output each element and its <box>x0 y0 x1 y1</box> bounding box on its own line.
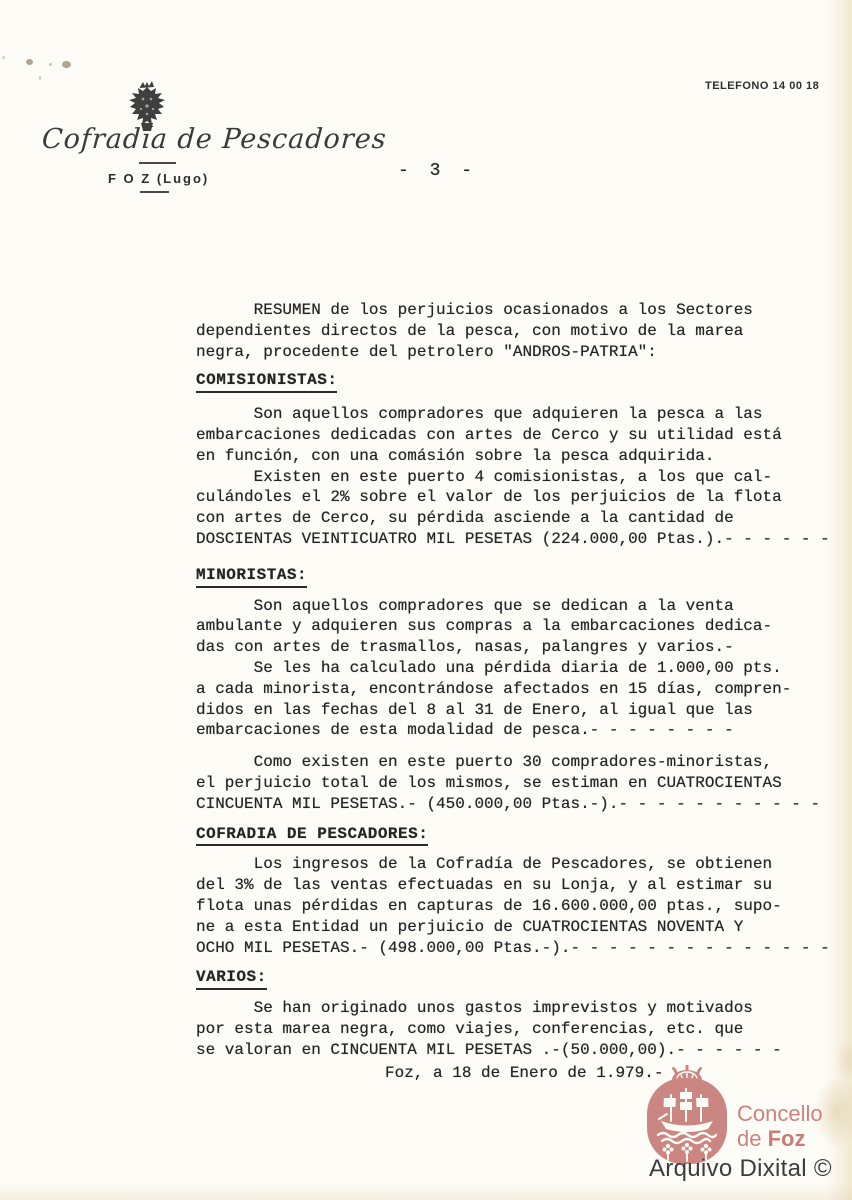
stamp-org-name: Concello de Foz <box>737 1101 823 1151</box>
letterhead-org-name: Cofradía de Pescadores <box>41 124 303 156</box>
typed-body: RESUMEN de los perjuicios ocasionados a … <box>196 300 848 1061</box>
letterhead-rule <box>139 162 176 164</box>
stamp-org-bold: Foz <box>768 1126 806 1151</box>
section-paragraph: Como existen en este puerto 30 comprador… <box>196 752 848 814</box>
letterhead-location: F O Z (Lugo) <box>108 171 209 186</box>
letterhead-telephone: TELEFONO 14 00 18 <box>705 80 819 92</box>
intro-paragraph: RESUMEN de los perjuicios ocasionados a … <box>196 300 848 362</box>
section-heading-comisionistas: COMISIONISTAS: <box>196 370 337 393</box>
section-paragraph: Los ingresos de la Cofradía de Pescadore… <box>196 854 848 958</box>
staple-mark <box>62 61 71 68</box>
section-heading-minoristas: MINORISTAS: <box>196 565 307 588</box>
dust-speck <box>39 76 41 80</box>
archive-label: Arquivo Dixital © <box>649 1155 832 1183</box>
staple-mark <box>26 59 33 65</box>
dust-speck <box>49 63 52 66</box>
dateline: Foz, a 18 de Enero de 1.979.- <box>385 1064 663 1082</box>
section-paragraph: Se han originado unos gastos imprevistos… <box>196 998 848 1060</box>
letterhead-rule <box>140 191 169 193</box>
dust-speck <box>2 56 5 59</box>
section-heading-cofradia: COFRADIA DE PESCADORES: <box>196 824 428 847</box>
section-paragraph: Son aquellos compradores que adquieren l… <box>196 404 848 550</box>
section-paragraph: Son aquellos compradores que se dedican … <box>196 596 848 742</box>
scanned-document-page: Cofradía de Pescadores F O Z (Lugo) TELE… <box>0 0 852 1200</box>
section-heading-varios: VARIOS: <box>196 967 267 990</box>
stamp-org-line1: Concello <box>737 1101 823 1126</box>
page-number: - 3 - <box>398 161 477 181</box>
concello-de-foz-ship-badge-icon <box>641 1065 733 1167</box>
stamp-org-line2: de Foz <box>737 1126 823 1151</box>
